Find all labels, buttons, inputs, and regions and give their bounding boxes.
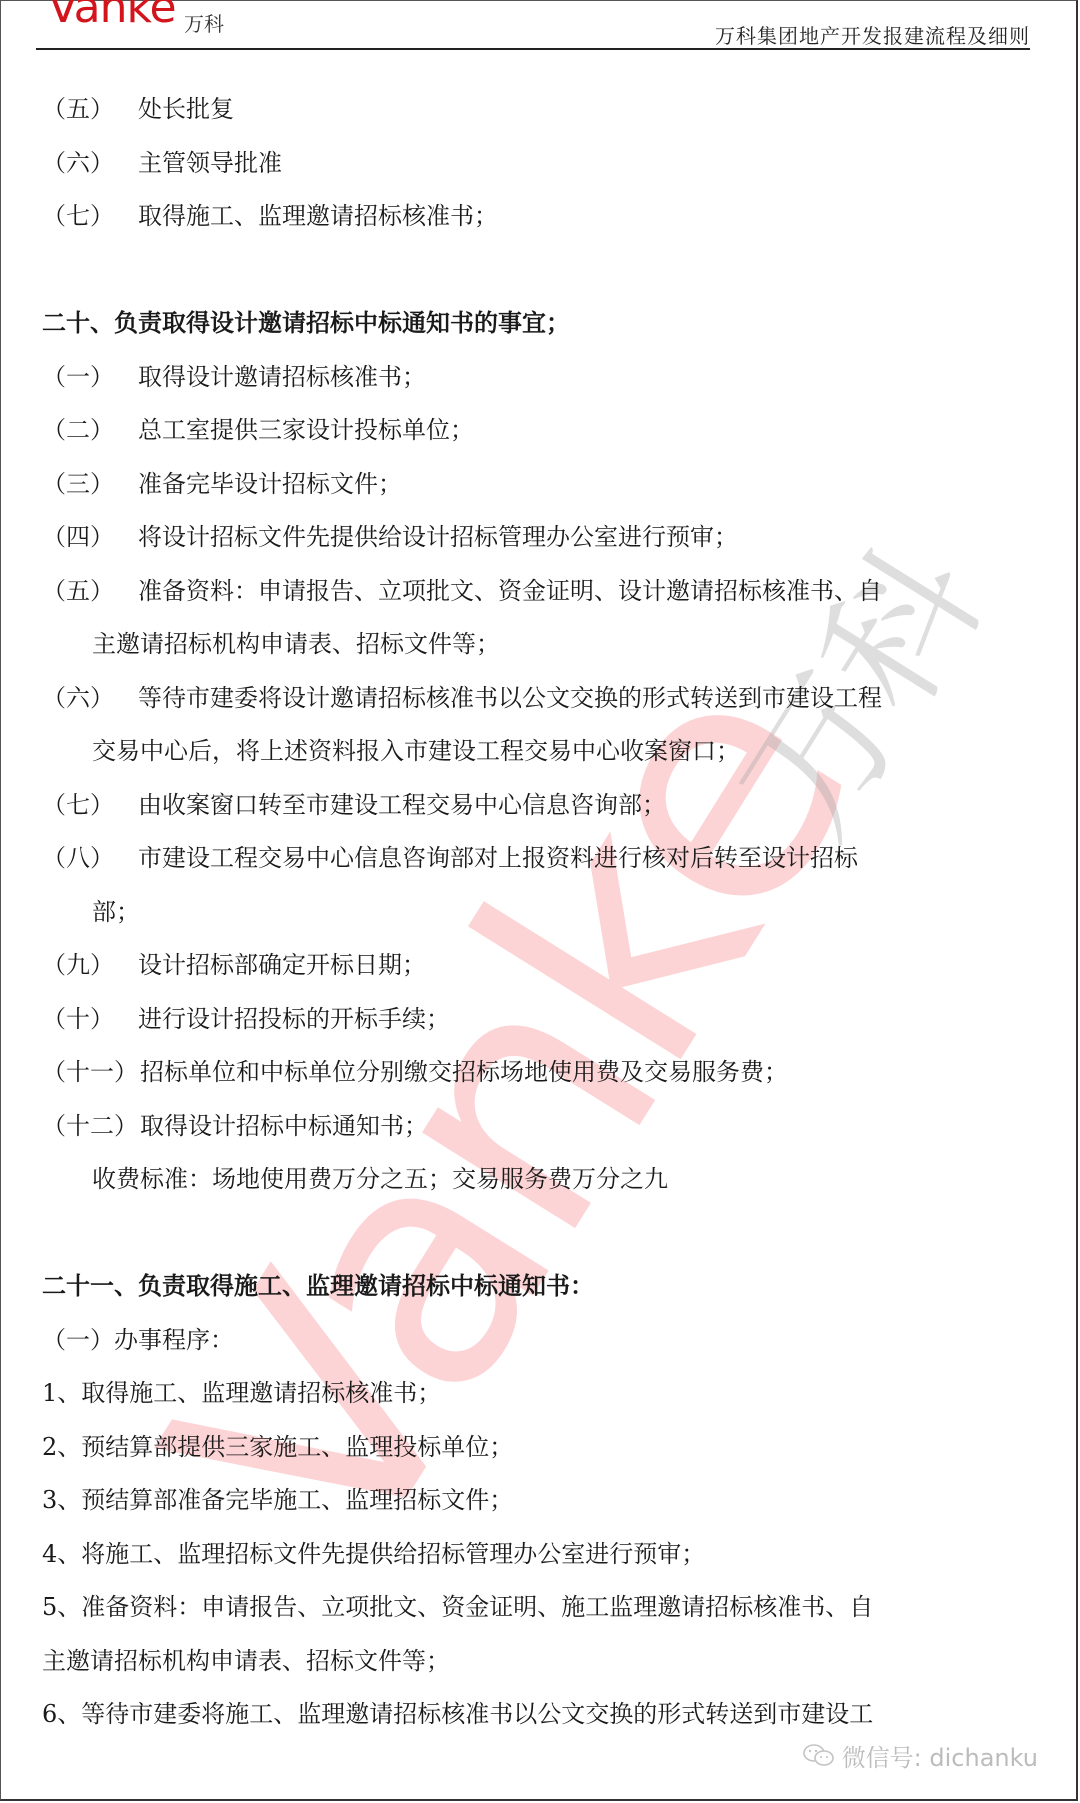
list-item: （八）市建设工程交易中心信息咨询部对上报资料进行核对后转至设计招标 <box>42 845 1032 899</box>
wechat-icon <box>802 1742 836 1770</box>
section-heading-20: 二十、负责取得设计邀请招标中标通知书的事宜； <box>42 310 1032 364</box>
item-number: （八） <box>42 845 138 871</box>
list-item: （四）将设计招标文件先提供给设计招标管理办公室进行预审； <box>42 524 1032 578</box>
list-item: （七）由收案窗口转至市建设工程交易中心信息咨询部； <box>42 792 1032 846</box>
vanke-logo: Vanke <box>48 0 176 30</box>
sub-heading: （一）办事程序： <box>42 1327 1032 1381</box>
item-number: 1、 <box>42 1379 81 1407</box>
list-item-continuation: 主邀请招标机构申请表、招标文件等； <box>42 1648 1032 1702</box>
list-item: （七）取得施工、监理邀请招标核准书； <box>42 203 1032 257</box>
item-text: 预结算部提供三家施工、监理投标单位； <box>81 1433 513 1461</box>
list-item: （十一）招标单位和中标单位分别缴交招标场地使用费及交易服务费； <box>42 1059 1032 1113</box>
list-item-continuation: 主邀请招标机构申请表、招标文件等； <box>42 631 1032 685</box>
item-text: 处长批复 <box>138 95 234 123</box>
list-item-continuation: 部； <box>42 899 1032 953</box>
item-number: （二） <box>42 417 138 443</box>
item-text: 取得设计招标中标通知书； <box>140 1112 428 1140</box>
list-item: 2、预结算部提供三家施工、监理投标单位； <box>42 1434 1032 1488</box>
list-item: （十二）取得设计招标中标通知书； <box>42 1113 1032 1167</box>
vanke-logo-cn: 万科 <box>184 8 224 37</box>
item-number: （七） <box>42 203 138 229</box>
fee-note: 收费标准：场地使用费万分之五；交易服务费万分之九 <box>42 1166 1032 1220</box>
spacer <box>42 257 1032 311</box>
list-item: （一）取得设计邀请招标核准书； <box>42 364 1032 418</box>
item-text: 等待市建委将施工、监理邀请招标核准书以公文交换的形式转送到市建设工 <box>81 1700 873 1728</box>
item-number: （六） <box>42 150 138 176</box>
item-number: （五） <box>42 96 138 122</box>
item-number: 2、 <box>42 1433 81 1461</box>
list-item: 3、预结算部准备完毕施工、监理招标文件； <box>42 1487 1032 1541</box>
list-item: （三）准备完毕设计招标文件； <box>42 471 1032 525</box>
item-number: （十二） <box>42 1113 138 1139</box>
document-title: 万科集团地产开发报建流程及细则 <box>715 20 1030 49</box>
list-item: （六）主管领导批准 <box>42 150 1032 204</box>
list-item: （五）准备资料：申请报告、立项批文、资金证明、设计邀请招标核准书、自 <box>42 578 1032 632</box>
page-header: Vanke 万科 万科集团地产开发报建流程及细则 <box>36 0 1030 50</box>
wechat-id-label: 微信号: dichanku <box>842 1738 1038 1773</box>
list-item: （二）总工室提供三家设计投标单位； <box>42 417 1032 471</box>
item-number: （六） <box>42 685 138 711</box>
item-text: 等待市建委将设计邀请招标核准书以公文交换的形式转送到市建设工程 <box>138 684 882 712</box>
document-body: （五）处长批复 （六）主管领导批准 （七）取得施工、监理邀请招标核准书； 二十、… <box>42 96 1032 1755</box>
section-heading-21: 二十一、负责取得施工、监理邀请招标中标通知书： <box>42 1273 1032 1327</box>
item-number: （九） <box>42 952 138 978</box>
item-text: 预结算部准备完毕施工、监理招标文件； <box>81 1486 513 1514</box>
item-text: 招标单位和中标单位分别缴交招标场地使用费及交易服务费； <box>140 1058 788 1086</box>
item-number: （十一） <box>42 1059 138 1085</box>
list-item: 4、将施工、监理招标文件先提供给招标管理办公室进行预审； <box>42 1541 1032 1595</box>
item-text: 总工室提供三家设计投标单位； <box>138 416 474 444</box>
item-text: 取得施工、监理邀请招标核准书； <box>138 202 498 230</box>
list-item: （五）处长批复 <box>42 96 1032 150</box>
item-number: 4、 <box>42 1540 81 1568</box>
item-text: 由收案窗口转至市建设工程交易中心信息咨询部； <box>138 791 666 819</box>
item-number: （四） <box>42 524 138 550</box>
wechat-watermark: 微信号: dichanku <box>802 1738 1038 1773</box>
item-number: 3、 <box>42 1486 81 1514</box>
list-item: （六）等待市建委将设计邀请招标核准书以公文交换的形式转送到市建设工程 <box>42 685 1032 739</box>
list-item: （十）进行设计招投标的开标手续； <box>42 1006 1032 1060</box>
item-text: 将设计招标文件先提供给设计招标管理办公室进行预审； <box>138 523 738 551</box>
item-number: （七） <box>42 792 138 818</box>
item-number: （五） <box>42 578 138 604</box>
item-number: （三） <box>42 471 138 497</box>
item-text: 准备完毕设计招标文件； <box>138 470 402 498</box>
item-text: 市建设工程交易中心信息咨询部对上报资料进行核对后转至设计招标 <box>138 844 858 872</box>
item-number: （一） <box>42 364 138 390</box>
item-text: 将施工、监理招标文件先提供给招标管理办公室进行预审； <box>81 1540 705 1568</box>
item-text: 主管领导批准 <box>138 149 282 177</box>
list-item-continuation: 交易中心后，将上述资料报入市建设工程交易中心收案窗口； <box>42 738 1032 792</box>
item-number: 6、 <box>42 1700 81 1728</box>
item-number: （十） <box>42 1006 138 1032</box>
item-number: 5、 <box>42 1593 81 1621</box>
item-text: 进行设计招投标的开标手续； <box>138 1005 450 1033</box>
list-item: 1、取得施工、监理邀请招标核准书； <box>42 1380 1032 1434</box>
list-item: （九）设计招标部确定开标日期； <box>42 952 1032 1006</box>
item-text: 取得施工、监理邀请招标核准书； <box>81 1379 441 1407</box>
list-item: 5、准备资料：申请报告、立项批文、资金证明、施工监理邀请招标核准书、自 <box>42 1594 1032 1648</box>
item-text: 准备资料：申请报告、立项批文、资金证明、设计邀请招标核准书、自 <box>138 577 882 605</box>
item-text: 设计招标部确定开标日期； <box>138 951 426 979</box>
spacer <box>42 1220 1032 1274</box>
item-text: 准备资料：申请报告、立项批文、资金证明、施工监理邀请招标核准书、自 <box>81 1593 873 1621</box>
item-text: 取得设计邀请招标核准书； <box>138 363 426 391</box>
